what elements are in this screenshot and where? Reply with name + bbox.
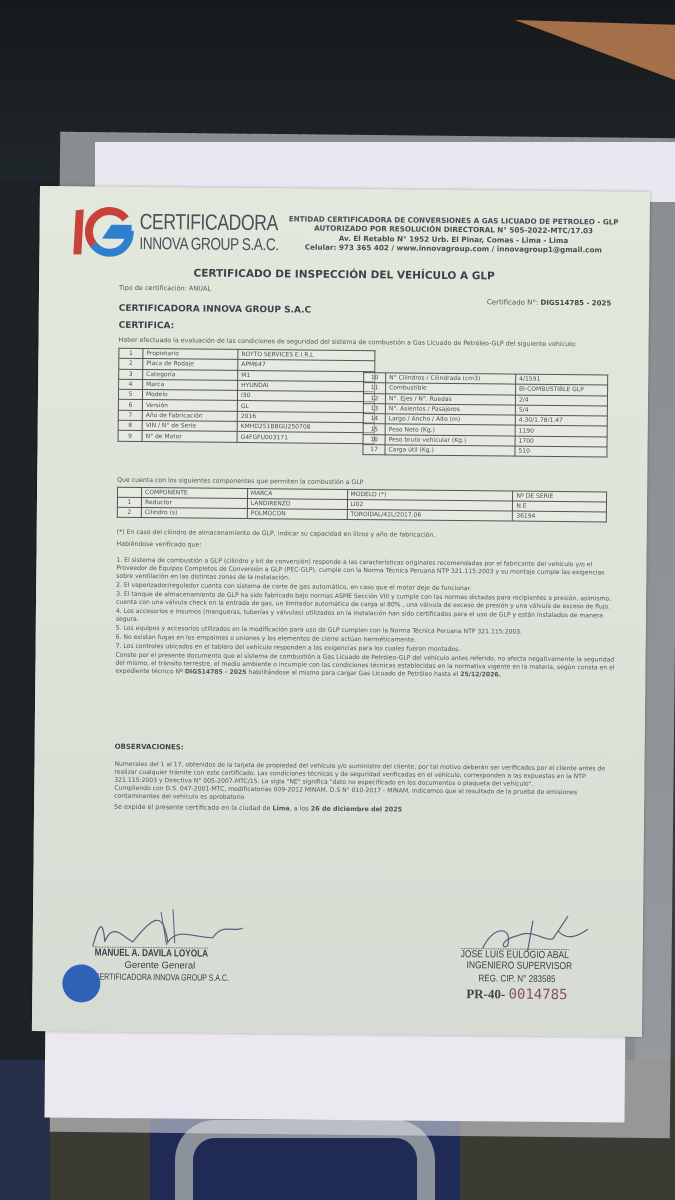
row-number: 1 (119, 348, 143, 359)
observations-heading: OBSERVACIONES: (115, 743, 184, 752)
components-table: COMPONENTEMARCAMODELO (*)Nº DE SERIE1Red… (117, 487, 607, 523)
ig-logo-icon (73, 204, 135, 257)
row-number: 15 (363, 424, 385, 435)
signature-block-supervisor: JOSE LUIS EULOGIO ABAL INGENIERO SUPERVI… (452, 910, 643, 1022)
certification-type: Tipo de certificación: ANUAL (119, 284, 211, 293)
column-header (118, 487, 142, 497)
field-label: N° de Motor (142, 431, 237, 442)
component-serial: 36194 (513, 511, 607, 522)
expedition-city: Lima (272, 804, 289, 812)
supervisor-role: INGENIERO SUPERVISOR (466, 960, 572, 972)
expedition-line: Se expide el presente certificado en la … (114, 803, 402, 814)
blue-stamp (62, 964, 100, 1002)
manager-org: CERTIFICADORA INNOVA GROUP S.A.C. (94, 972, 229, 983)
observation-2: Cumpliendo con D.S. 047-2001-MTC, modifi… (114, 785, 614, 806)
certifica-heading: CERTIFICA: (119, 321, 175, 332)
conclusion-text: Conste por el presente documento que el … (115, 652, 615, 681)
field-value: G4FGFU003171 (237, 432, 374, 444)
document-header: CERTIFICADORA INNOVA GROUP S.A.C. ENTIDA… (73, 202, 634, 267)
component-name: Cilindro (s) (141, 507, 247, 518)
manager-role: Gerente General (124, 960, 195, 972)
row-number: 4 (119, 379, 143, 390)
row-number: 7 (118, 410, 142, 421)
file-number: DIGS14785 - 2025 (185, 668, 247, 676)
row-number: 2 (117, 507, 141, 517)
list-item: 1. El sistema de combustión a GLP (cilin… (116, 557, 616, 586)
row-number: 16 (363, 434, 385, 445)
row-number: 12 (363, 393, 385, 404)
observations: Numerales del 1 al 17, obtenidos de la t… (114, 761, 614, 806)
document-serial: PR-40- 0014785 (466, 986, 567, 1003)
row-number: 1 (117, 497, 141, 507)
certificate-number-label: Certificado N°: (487, 298, 538, 306)
vehicle-table-left: 1PropietarioROYTO SERVICES E.I.R.L2Placa… (118, 348, 376, 444)
row-number: 17 (363, 445, 385, 456)
row-number: 6 (118, 400, 142, 411)
manager-name: MANUEL A. DAVILA LOYOLA (95, 947, 209, 960)
row-number: 10 (364, 373, 386, 384)
serial-prefix: PR-40- (466, 986, 505, 1001)
components-footnote: (*) En caso del cilindro de almacenamien… (117, 529, 436, 539)
verification-list: 1. El sistema de combustión a GLP (cilin… (115, 557, 616, 682)
certificate-document: CERTIFICADORA INNOVA GROUP S.A.C. ENTIDA… (32, 186, 650, 1037)
verification-heading: Habiéndose verificado que: (117, 541, 202, 549)
entity-info: ENTIDAD CERTIFICADORA DE CONVERSIONES A … (273, 214, 633, 255)
background-leg-left (0, 1060, 50, 1200)
serial-number: 0014785 (508, 987, 567, 1004)
field-value: 510 (515, 446, 607, 457)
row-number: 11 (364, 383, 386, 394)
expedition-date: 26 de diciembre del 2025 (311, 805, 402, 814)
row-number: 14 (363, 414, 385, 425)
signature-block-manager: MANUEL A. DAVILA LOYOLA Gerente General … (82, 906, 283, 1008)
components-intro: Que cuenta con los siguientes componente… (117, 477, 363, 486)
intro-text: Haber efectuado la evaluación de las con… (118, 337, 576, 348)
supervisor-registration: REG. CIP. N° 283585 (478, 973, 555, 985)
document-title: CERTIFICADO DE INSPECCIÓN DEL VEHÍCULO A… (39, 266, 649, 284)
row-number: 9 (118, 431, 142, 442)
row-number: 8 (118, 420, 142, 431)
supervisor-name: JOSE LUIS EULOGIO ABAL (461, 948, 569, 961)
row-number: 5 (118, 389, 142, 400)
valid-until: 25/12/2026. (460, 671, 501, 678)
component-model: TOROIDAL/42L/2017.06 (347, 509, 513, 521)
logo-line1: CERTIFICADORA (140, 211, 279, 234)
field-label: Carga útil (Kg.) (385, 445, 515, 457)
certificate-number: Certificado N°: DIGS14785 - 2025 (487, 298, 611, 307)
company-name: CERTIFICADORA INNOVA GROUP S.A.C (119, 304, 311, 316)
row-number: 2 (119, 359, 143, 370)
row-number: 13 (363, 404, 385, 415)
table-row: 9N° de MotorG4FGFU003171 (118, 431, 374, 444)
component-brand: POLMOCON (247, 509, 347, 520)
certificate-number-value: DIGS14785 - 2025 (540, 299, 611, 308)
table-row: 17Carga útil (Kg.)510 (363, 445, 607, 458)
logo-line2: INNOVA GROUP S.A.C. (139, 235, 278, 253)
vehicle-table-right: 10N° Cilindros / Cilindrada (cm3)4/15911… (362, 372, 608, 458)
row-number: 3 (119, 369, 143, 380)
